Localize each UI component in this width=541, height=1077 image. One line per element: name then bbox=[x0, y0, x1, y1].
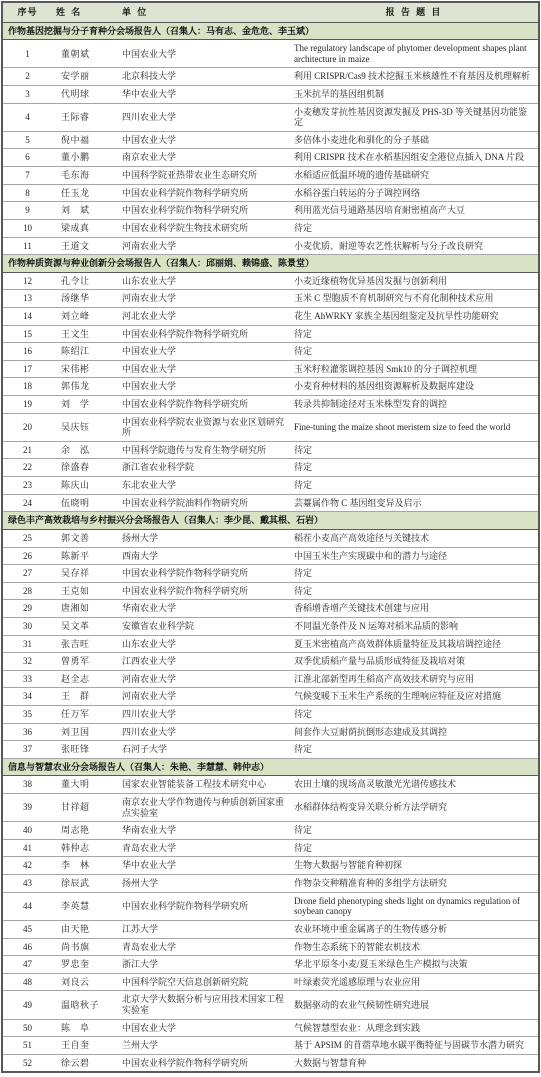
speaker-name: 徐云碧 bbox=[52, 1054, 118, 1072]
speaker-name: 徐盛春 bbox=[52, 459, 118, 477]
table-row: 3代明球华中农业大学玉米抗旱的基因组机制 bbox=[2, 86, 539, 104]
report-title: 大数据与智慧育种 bbox=[290, 1054, 539, 1072]
table-row: 32曾勇军江西农业大学双季优质稻产量与品质形成特征及栽培对策 bbox=[2, 653, 539, 671]
row-number: 11 bbox=[2, 237, 52, 255]
speaker-unit: 中国农业科学院作物科学研究所 bbox=[118, 582, 290, 600]
table-row: 22徐盛春浙江省农业科学院待定 bbox=[2, 459, 539, 477]
speaker-name: 毛东海 bbox=[52, 167, 118, 185]
table-row: 16陈绍江中国农业大学待定 bbox=[2, 343, 539, 361]
section-header-row: 作物基因挖掘与分子育种分会场报告人（召集人：马有志、金危危、李玉斌） bbox=[2, 22, 539, 40]
report-title: 夏玉米密植高产高效群体质量特征及其栽培调控途径 bbox=[290, 635, 539, 653]
speaker-name: 王 群 bbox=[52, 688, 118, 706]
row-number: 37 bbox=[2, 741, 52, 759]
speaker-name: 伍晓明 bbox=[52, 494, 118, 512]
speaker-unit: 南京农业大学 bbox=[118, 149, 290, 167]
row-number: 52 bbox=[2, 1054, 52, 1072]
report-title: 待定 bbox=[290, 822, 539, 840]
report-title: 不同温光条件及 N 运筹对稻米品质的影响 bbox=[290, 617, 539, 635]
speaker-unit: 江西农业大学 bbox=[118, 653, 290, 671]
speaker-unit: 四川农业大学 bbox=[118, 705, 290, 723]
speaker-name: 赵全志 bbox=[52, 670, 118, 688]
report-title: 玉米抗旱的基因组机制 bbox=[290, 86, 539, 104]
speaker-unit: 中国农业科学院作物科学研究所 bbox=[118, 565, 290, 583]
speaker-unit: 河南农业大学 bbox=[118, 670, 290, 688]
speaker-name: 王文生 bbox=[52, 325, 118, 343]
section-header-label: 作物种质资源与种业创新分会场报告人（召集人：邱丽娟、赖锦盛、陈景堂） bbox=[2, 255, 539, 273]
speaker-unit: 浙江省农业科学院 bbox=[118, 459, 290, 477]
speaker-name: 王自奎 bbox=[52, 1037, 118, 1055]
speaker-name: 任玉龙 bbox=[52, 184, 118, 202]
row-number: 39 bbox=[2, 794, 52, 822]
speaker-unit: 中国农业科学院作物科学研究所 bbox=[118, 892, 290, 920]
report-title: 花生 AhWRKY 家族全基因组鉴定及抗旱性功能研究 bbox=[290, 307, 539, 325]
report-title: Fine-tuning the maize shoot meristem siz… bbox=[290, 413, 539, 441]
report-title: 待定 bbox=[290, 343, 539, 361]
speaker-unit: 中国农业大学 bbox=[118, 1019, 290, 1037]
speaker-unit: 中国农业科学院农业资源与农业区划研究所 bbox=[118, 413, 290, 441]
speaker-unit: 华南农业大学 bbox=[118, 822, 290, 840]
speaker-unit: 河南农业大学 bbox=[118, 237, 290, 255]
report-schedule-table: 序号 姓 名 单 位 报 告 题 目 作物基因挖掘与分子育种分会场报告人（召集人… bbox=[1, 1, 540, 1073]
report-title: 利用 CRISPR/Cas9 技术挖掘玉米核雄性不育基因及机理解析 bbox=[290, 68, 539, 86]
speaker-name: 尚书旗 bbox=[52, 938, 118, 956]
speaker-name: 唐湘如 bbox=[52, 600, 118, 618]
speaker-name: 吴庆钰 bbox=[52, 413, 118, 441]
row-number: 6 bbox=[2, 149, 52, 167]
speaker-unit: 河北农业大学 bbox=[118, 307, 290, 325]
speaker-name: 陈庆山 bbox=[52, 477, 118, 495]
table-row: 14刘立峰河北农业大学花生 AhWRKY 家族全基因组鉴定及抗旱性功能研究 bbox=[2, 307, 539, 325]
speaker-name: 徐辰武 bbox=[52, 875, 118, 893]
report-title: 待定 bbox=[290, 441, 539, 459]
speaker-unit: 兰州大学 bbox=[118, 1037, 290, 1055]
row-number: 28 bbox=[2, 582, 52, 600]
row-number: 16 bbox=[2, 343, 52, 361]
table-row: 2安学丽北京科技大学利用 CRISPR/Cas9 技术挖掘玉米核雄性不育基因及机… bbox=[2, 68, 539, 86]
table-row: 26陈新平西南大学中国玉米生产实现碳中和的潜力与途径 bbox=[2, 547, 539, 565]
speaker-unit: 中国科学院空天信息创新研究院 bbox=[118, 973, 290, 991]
table-row: 30吴文革安徽省农业科学院不同温光条件及 N 运筹对稻米品质的影响 bbox=[2, 617, 539, 635]
table-row: 47罗忠奎浙江大学华北平原冬小麦/夏玉米绿色生产模拟与决策 bbox=[2, 956, 539, 974]
speaker-unit: 扬州大学 bbox=[118, 875, 290, 893]
report-title: 水稻群体结构变异关联分析方法学研究 bbox=[290, 794, 539, 822]
row-number: 47 bbox=[2, 956, 52, 974]
row-number: 42 bbox=[2, 857, 52, 875]
speaker-unit: 河南农业大学 bbox=[118, 290, 290, 308]
row-number: 12 bbox=[2, 272, 52, 290]
table-row: 23陈庆山东北农业大学待定 bbox=[2, 477, 539, 495]
row-number: 14 bbox=[2, 307, 52, 325]
table-row: 28王克如中国农业科学院作物科学研究所待定 bbox=[2, 582, 539, 600]
table-row: 12孔令让山东农业大学小麦近缘植物优异基因发掘与创新利用 bbox=[2, 272, 539, 290]
table-row: 21余 泓中国科学院遗传与发育生物学研究所待定 bbox=[2, 441, 539, 459]
speaker-unit: 中国农业大学 bbox=[118, 360, 290, 378]
report-title: 江淮北部新型再生稻高产高效技术研究与应用 bbox=[290, 670, 539, 688]
speaker-unit: 中国农业科学院作物科学研究所 bbox=[118, 325, 290, 343]
report-title: 香稻增香增产关键技术创建与应用 bbox=[290, 600, 539, 618]
speaker-unit: 江苏大学 bbox=[118, 920, 290, 938]
row-number: 44 bbox=[2, 892, 52, 920]
table-row: 40周志艳华南农业大学待定 bbox=[2, 822, 539, 840]
report-title: 叶绿素荧光遥感原理与农业应用 bbox=[290, 973, 539, 991]
report-title: Drone field phenotyping sheds light on d… bbox=[290, 892, 539, 920]
speaker-unit: 安徽省农业科学院 bbox=[118, 617, 290, 635]
speaker-name: 董朝斌 bbox=[52, 40, 118, 68]
report-title: 多倍体小麦进化和驯化的分子基础 bbox=[290, 131, 539, 149]
row-number: 32 bbox=[2, 653, 52, 671]
row-number: 43 bbox=[2, 875, 52, 893]
speaker-unit: 北京大学大数据分析与应用技术国家工程实验室 bbox=[118, 991, 290, 1019]
table-row: 8任玉龙中国农业科学院作物科学研究所水稻谷蛋白转运的分子调控网络 bbox=[2, 184, 539, 202]
table-row: 25郭文善扬州大学稻茬小麦高产高效途径与关键技术 bbox=[2, 529, 539, 547]
table-row: 27吴存祥中国农业科学院作物科学研究所待定 bbox=[2, 565, 539, 583]
table-row: 48刘良云中国科学院空天信息创新研究院叶绿素荧光遥感原理与农业应用 bbox=[2, 973, 539, 991]
report-title: 待定 bbox=[290, 325, 539, 343]
row-number: 17 bbox=[2, 360, 52, 378]
report-title: 小麦近缘植物优异基因发掘与创新利用 bbox=[290, 272, 539, 290]
report-title: 作物生态系统下的智能农机技术 bbox=[290, 938, 539, 956]
table-row: 46尚书旗青岛农业大学作物生态系统下的智能农机技术 bbox=[2, 938, 539, 956]
table-row: 35任万军四川农业大学待定 bbox=[2, 705, 539, 723]
table-row: 42李 林华中农业大学生物大数据与智能育种初探 bbox=[2, 857, 539, 875]
speaker-unit: 山东农业大学 bbox=[118, 272, 290, 290]
speaker-unit: 东北农业大学 bbox=[118, 477, 290, 495]
report-title: 双季优质稻产量与品质形成特征及栽培对策 bbox=[290, 653, 539, 671]
report-title: 水稻谷蛋白转运的分子调控网络 bbox=[290, 184, 539, 202]
section-header-label: 信息与智慧农业分会场报告人（召集人：朱艳、李慧慧、韩仲志） bbox=[2, 758, 539, 776]
speaker-name: 陈 阜 bbox=[52, 1019, 118, 1037]
report-title: 基于 APSIM 的苜蓿草地水碳平衡特征与固碳节水潜力研究 bbox=[290, 1037, 539, 1055]
speaker-name: 安学丽 bbox=[52, 68, 118, 86]
report-title: 中国玉米生产实现碳中和的潜力与途径 bbox=[290, 547, 539, 565]
speaker-name: 吴文革 bbox=[52, 617, 118, 635]
speaker-name: 李 林 bbox=[52, 857, 118, 875]
speaker-unit: 扬州大学 bbox=[118, 529, 290, 547]
report-title: 气候变暖下玉米生产系统的生理响应特征及应对措施 bbox=[290, 688, 539, 706]
table-row: 45由天艳江苏大学农业环境中重金属离子的生物传感分析 bbox=[2, 920, 539, 938]
report-title: 待定 bbox=[290, 219, 539, 237]
speaker-name: 刘立峰 bbox=[52, 307, 118, 325]
row-number: 24 bbox=[2, 494, 52, 512]
report-title: 玉米籽粒灌浆调控基因 Smk10 的分子调控机理 bbox=[290, 360, 539, 378]
report-title: 玉米 C 型胞质不育机制研究与不育化制种技术应用 bbox=[290, 290, 539, 308]
speaker-name: 张旺锋 bbox=[52, 741, 118, 759]
speaker-name: 韩仲志 bbox=[52, 839, 118, 857]
row-number: 10 bbox=[2, 219, 52, 237]
report-title: 待定 bbox=[290, 741, 539, 759]
speaker-unit: 中国农业科学院生物技术研究所 bbox=[118, 219, 290, 237]
section-header-row: 信息与智慧农业分会场报告人（召集人：朱艳、李慧慧、韩仲志） bbox=[2, 758, 539, 776]
table-row: 7毛东海中国科学院亚热带农业生态研究所水稻适应低温环境的遗传基础研究 bbox=[2, 167, 539, 185]
table-header-row: 序号 姓 名 单 位 报 告 题 目 bbox=[2, 2, 539, 22]
speaker-name: 张吉旺 bbox=[52, 635, 118, 653]
row-number: 48 bbox=[2, 973, 52, 991]
speaker-unit: 华南农业大学 bbox=[118, 600, 290, 618]
speaker-name: 王克如 bbox=[52, 582, 118, 600]
table-row: 4王际睿四川农业大学小麦穗发芽抗性基因资源发掘及 PHS-3D 等关键基因功能鉴… bbox=[2, 103, 539, 131]
row-number: 46 bbox=[2, 938, 52, 956]
column-header-title: 报 告 题 目 bbox=[290, 2, 539, 22]
speaker-unit: 西南大学 bbox=[118, 547, 290, 565]
table-row: 17宋伟彬中国农业大学玉米籽粒灌浆调控基因 Smk10 的分子调控机理 bbox=[2, 360, 539, 378]
speaker-name: 汤继华 bbox=[52, 290, 118, 308]
report-title: 待定 bbox=[290, 705, 539, 723]
speaker-name: 由天艳 bbox=[52, 920, 118, 938]
row-number: 25 bbox=[2, 529, 52, 547]
row-number: 18 bbox=[2, 378, 52, 396]
report-title: 农业环境中重金属离子的生物传感分析 bbox=[290, 920, 539, 938]
row-number: 3 bbox=[2, 86, 52, 104]
row-number: 41 bbox=[2, 839, 52, 857]
table-row: 36刘卫国四川农业大学间套作大豆耐荫抗倒形态建成及其调控 bbox=[2, 723, 539, 741]
report-title: 间套作大豆耐荫抗倒形态建成及其调控 bbox=[290, 723, 539, 741]
section-header-label: 绿色丰产高效栽培与乡村振兴分会场报告人（召集人：李少昆、戴其根、石岩） bbox=[2, 512, 539, 530]
section-header-label: 作物基因挖掘与分子育种分会场报告人（召集人：马有志、金危危、李玉斌） bbox=[2, 22, 539, 40]
row-number: 1 bbox=[2, 40, 52, 68]
report-title: 气候智慧型农业：从理念到实践 bbox=[290, 1019, 539, 1037]
report-title: 芸薹属作物 C 基因组变异及启示 bbox=[290, 494, 539, 512]
speaker-name: 甘祥超 bbox=[52, 794, 118, 822]
speaker-name: 刘良云 bbox=[52, 973, 118, 991]
speaker-name: 周志艳 bbox=[52, 822, 118, 840]
row-number: 29 bbox=[2, 600, 52, 618]
table-row: 13汤继华河南农业大学玉米 C 型胞质不育机制研究与不育化制种技术应用 bbox=[2, 290, 539, 308]
row-number: 49 bbox=[2, 991, 52, 1019]
column-header-no: 序号 bbox=[2, 2, 52, 22]
row-number: 51 bbox=[2, 1037, 52, 1055]
row-number: 34 bbox=[2, 688, 52, 706]
report-table-body: 作物基因挖掘与分子育种分会场报告人（召集人：马有志、金危危、李玉斌）1董朝斌中国… bbox=[2, 22, 539, 1072]
speaker-name: 刘 学 bbox=[52, 396, 118, 414]
speaker-unit: 中国农业大学 bbox=[118, 343, 290, 361]
speaker-unit: 青岛农业大学 bbox=[118, 938, 290, 956]
row-number: 20 bbox=[2, 413, 52, 441]
report-title: 生物大数据与智能育种初探 bbox=[290, 857, 539, 875]
speaker-name: 梁成真 bbox=[52, 219, 118, 237]
report-title: 稻茬小麦高产高效途径与关键技术 bbox=[290, 529, 539, 547]
speaker-name: 代明球 bbox=[52, 86, 118, 104]
row-number: 5 bbox=[2, 131, 52, 149]
row-number: 40 bbox=[2, 822, 52, 840]
table-row: 39甘祥超南京农业大学作物遗传与种质创新国家重点实验室水稻群体结构变异关联分析方… bbox=[2, 794, 539, 822]
speaker-name: 刘卫国 bbox=[52, 723, 118, 741]
speaker-unit: 华中农业大学 bbox=[118, 857, 290, 875]
speaker-unit: 中国农业大学 bbox=[118, 40, 290, 68]
speaker-name: 董小鹏 bbox=[52, 149, 118, 167]
table-row: 49温晗秋子北京大学大数据分析与应用技术国家工程实验室数据驱动的农业气候韧性研究… bbox=[2, 991, 539, 1019]
speaker-name: 陈绍江 bbox=[52, 343, 118, 361]
section-header-row: 作物种质资源与种业创新分会场报告人（召集人：邱丽娟、赖锦盛、陈景堂） bbox=[2, 255, 539, 273]
row-number: 45 bbox=[2, 920, 52, 938]
report-title: 数据驱动的农业气候韧性研究进展 bbox=[290, 991, 539, 1019]
table-row: 43徐辰武扬州大学作物杂交种精准育种的多组学方法研究 bbox=[2, 875, 539, 893]
report-title: 农田土壤的现场高灵敏激光光谱传感技术 bbox=[290, 776, 539, 794]
row-number: 2 bbox=[2, 68, 52, 86]
row-number: 30 bbox=[2, 617, 52, 635]
speaker-unit: 中国农业科学院作物科学研究所 bbox=[118, 396, 290, 414]
speaker-unit: 四川农业大学 bbox=[118, 103, 290, 131]
speaker-name: 温晗秋子 bbox=[52, 991, 118, 1019]
table-row: 19刘 学中国农业科学院作物科学研究所转录共抑制途径对玉米株型发育的调控 bbox=[2, 396, 539, 414]
table-row: 18郭伟龙中国农业大学小麦育种材料的基因组资源解析及数据库建设 bbox=[2, 378, 539, 396]
speaker-name: 王道文 bbox=[52, 237, 118, 255]
speaker-unit: 华中农业大学 bbox=[118, 86, 290, 104]
table-row: 50陈 阜中国农业大学气候智慧型农业：从理念到实践 bbox=[2, 1019, 539, 1037]
row-number: 33 bbox=[2, 670, 52, 688]
speaker-name: 王际睿 bbox=[52, 103, 118, 131]
table-row: 5倪中福中国农业大学多倍体小麦进化和驯化的分子基础 bbox=[2, 131, 539, 149]
report-title: 待定 bbox=[290, 477, 539, 495]
column-header-unit: 单 位 bbox=[118, 2, 290, 22]
speaker-unit: 山东农业大学 bbox=[118, 635, 290, 653]
speaker-unit: 中国农业科学院作物科学研究所 bbox=[118, 202, 290, 220]
row-number: 36 bbox=[2, 723, 52, 741]
row-number: 15 bbox=[2, 325, 52, 343]
speaker-unit: 中国农业大学 bbox=[118, 378, 290, 396]
speaker-unit: 河南农业大学 bbox=[118, 688, 290, 706]
report-title: 转录共抑制途径对玉米株型发育的调控 bbox=[290, 396, 539, 414]
speaker-unit: 青岛农业大学 bbox=[118, 839, 290, 857]
report-title: 待定 bbox=[290, 839, 539, 857]
table-row: 9刘 斌中国农业科学院作物科学研究所利用蓝光信号通路基因培育耐密植高产大豆 bbox=[2, 202, 539, 220]
table-row: 34王 群河南农业大学气候变暖下玉米生产系统的生理响应特征及应对措施 bbox=[2, 688, 539, 706]
row-number: 38 bbox=[2, 776, 52, 794]
speaker-name: 郭文善 bbox=[52, 529, 118, 547]
row-number: 8 bbox=[2, 184, 52, 202]
table-row: 24伍晓明中国农业科学院油料作物研究所芸薹属作物 C 基因组变异及启示 bbox=[2, 494, 539, 512]
table-row: 29唐湘如华南农业大学香稻增香增产关键技术创建与应用 bbox=[2, 600, 539, 618]
speaker-unit: 国家农业智能装备工程技术研究中心 bbox=[118, 776, 290, 794]
speaker-unit: 中国农业科学院作物科学研究所 bbox=[118, 184, 290, 202]
row-number: 19 bbox=[2, 396, 52, 414]
report-title: 待定 bbox=[290, 565, 539, 583]
table-row: 33赵全志河南农业大学江淮北部新型再生稻高产高效技术研究与应用 bbox=[2, 670, 539, 688]
report-title: 小麦育种材料的基因组资源解析及数据库建设 bbox=[290, 378, 539, 396]
speaker-name: 刘 斌 bbox=[52, 202, 118, 220]
table-row: 37张旺锋石河子大学待定 bbox=[2, 741, 539, 759]
speaker-name: 余 泓 bbox=[52, 441, 118, 459]
speaker-unit: 中国科学院亚热带农业生态研究所 bbox=[118, 167, 290, 185]
row-number: 35 bbox=[2, 705, 52, 723]
table-row: 31张吉旺山东农业大学夏玉米密植高产高效群体质量特征及其栽培调控途径 bbox=[2, 635, 539, 653]
conference-program-page: 序号 姓 名 单 位 报 告 题 目 作物基因挖掘与分子育种分会场报告人（召集人… bbox=[0, 0, 541, 1077]
report-title: 待定 bbox=[290, 459, 539, 477]
report-title: The regulatory landscape of phytomer dev… bbox=[290, 40, 539, 68]
speaker-unit: 中国农业科学院油料作物研究所 bbox=[118, 494, 290, 512]
speaker-unit: 四川农业大学 bbox=[118, 723, 290, 741]
speaker-unit: 南京农业大学作物遗传与种质创新国家重点实验室 bbox=[118, 794, 290, 822]
row-number: 31 bbox=[2, 635, 52, 653]
speaker-name: 任万军 bbox=[52, 705, 118, 723]
report-title: 华北平原冬小麦/夏玉米绿色生产模拟与决策 bbox=[290, 956, 539, 974]
row-number: 23 bbox=[2, 477, 52, 495]
row-number: 7 bbox=[2, 167, 52, 185]
table-row: 38董大明国家农业智能装备工程技术研究中心农田土壤的现场高灵敏激光光谱传感技术 bbox=[2, 776, 539, 794]
table-row: 10梁成真中国农业科学院生物技术研究所待定 bbox=[2, 219, 539, 237]
speaker-name: 郭伟龙 bbox=[52, 378, 118, 396]
column-header-name: 姓 名 bbox=[52, 2, 118, 22]
report-title: 小麦穗发芽抗性基因资源发掘及 PHS-3D 等关键基因功能鉴定 bbox=[290, 103, 539, 131]
speaker-name: 吴存祥 bbox=[52, 565, 118, 583]
speaker-name: 李英慧 bbox=[52, 892, 118, 920]
report-title: 利用蓝光信号通路基因培育耐密植高产大豆 bbox=[290, 202, 539, 220]
row-number: 50 bbox=[2, 1019, 52, 1037]
speaker-unit: 北京科技大学 bbox=[118, 68, 290, 86]
table-row: 1董朝斌中国农业大学The regulatory landscape of ph… bbox=[2, 40, 539, 68]
section-header-row: 绿色丰产高效栽培与乡村振兴分会场报告人（召集人：李少昆、戴其根、石岩） bbox=[2, 512, 539, 530]
speaker-name: 罗忠奎 bbox=[52, 956, 118, 974]
speaker-unit: 中国农业科学院作物科学研究所 bbox=[118, 1054, 290, 1072]
speaker-name: 孔令让 bbox=[52, 272, 118, 290]
speaker-name: 曾勇军 bbox=[52, 653, 118, 671]
row-number: 26 bbox=[2, 547, 52, 565]
row-number: 22 bbox=[2, 459, 52, 477]
row-number: 9 bbox=[2, 202, 52, 220]
row-number: 4 bbox=[2, 103, 52, 131]
table-row: 6董小鹏南京农业大学利用 CRISPR 技术在水稻基因组安全港位点插入 DNA … bbox=[2, 149, 539, 167]
speaker-name: 倪中福 bbox=[52, 131, 118, 149]
table-row: 51王自奎兰州大学基于 APSIM 的苜蓿草地水碳平衡特征与固碳节水潜力研究 bbox=[2, 1037, 539, 1055]
speaker-name: 陈新平 bbox=[52, 547, 118, 565]
table-row: 52徐云碧中国农业科学院作物科学研究所大数据与智慧育种 bbox=[2, 1054, 539, 1072]
speaker-unit: 石河子大学 bbox=[118, 741, 290, 759]
table-row: 44李英慧中国农业科学院作物科学研究所Drone field phenotypi… bbox=[2, 892, 539, 920]
row-number: 13 bbox=[2, 290, 52, 308]
report-title: 利用 CRISPR 技术在水稻基因组安全港位点插入 DNA 片段 bbox=[290, 149, 539, 167]
speaker-unit: 中国科学院遗传与发育生物学研究所 bbox=[118, 441, 290, 459]
report-title: 待定 bbox=[290, 582, 539, 600]
row-number: 21 bbox=[2, 441, 52, 459]
table-row: 41韩仲志青岛农业大学待定 bbox=[2, 839, 539, 857]
report-title: 作物杂交种精准育种的多组学方法研究 bbox=[290, 875, 539, 893]
report-title: 水稻适应低温环境的遗传基础研究 bbox=[290, 167, 539, 185]
table-row: 11王道文河南农业大学小麦优质、耐逆等农艺性状解析与分子改良研究 bbox=[2, 237, 539, 255]
speaker-name: 宋伟彬 bbox=[52, 360, 118, 378]
table-row: 20吴庆钰中国农业科学院农业资源与农业区划研究所Fine-tuning the … bbox=[2, 413, 539, 441]
report-title: 小麦优质、耐逆等农艺性状解析与分子改良研究 bbox=[290, 237, 539, 255]
speaker-name: 董大明 bbox=[52, 776, 118, 794]
speaker-unit: 浙江大学 bbox=[118, 956, 290, 974]
table-row: 15王文生中国农业科学院作物科学研究所待定 bbox=[2, 325, 539, 343]
speaker-unit: 中国农业大学 bbox=[118, 131, 290, 149]
row-number: 27 bbox=[2, 565, 52, 583]
